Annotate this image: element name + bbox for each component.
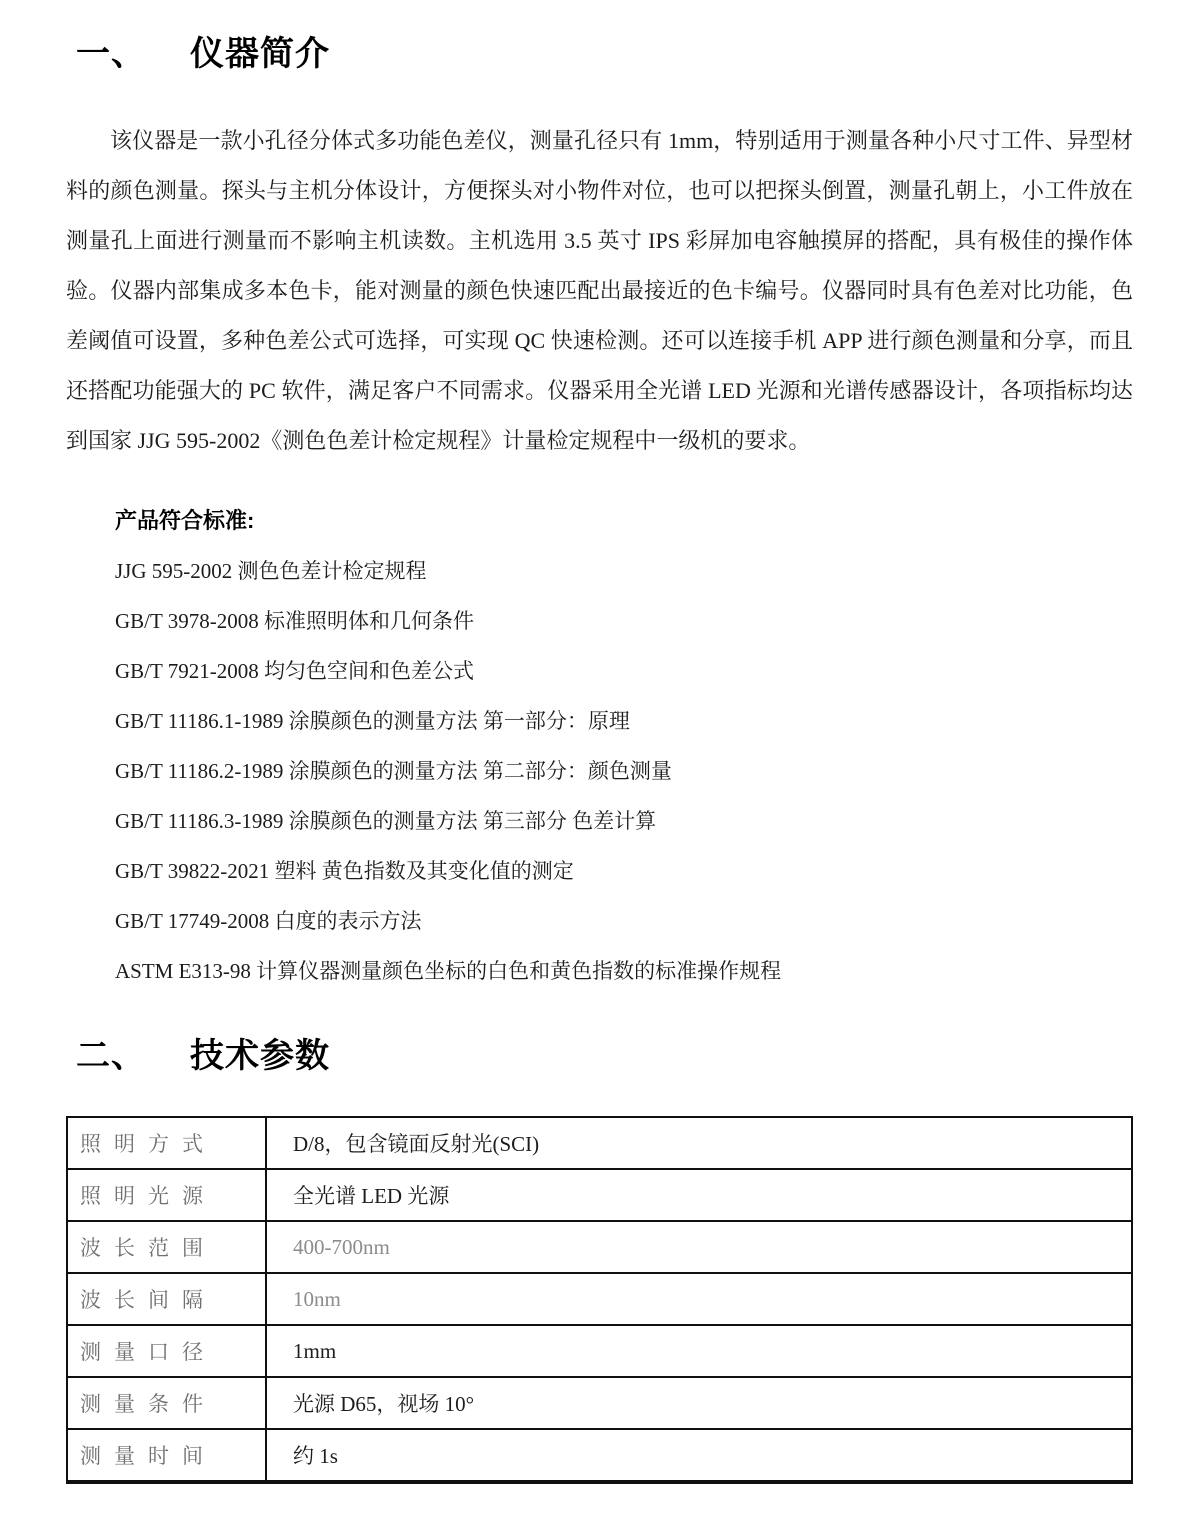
standard-item: JJG 595-2002 测色色差计检定规程 xyxy=(115,546,1133,596)
param-value: 1mm xyxy=(266,1325,1132,1377)
standard-item: GB/T 11186.2-1989 涂膜颜色的测量方法 第二部分：颜色测量 xyxy=(115,746,1133,796)
param-value: 约 1s xyxy=(266,1429,1132,1482)
standard-item: GB/T 11186.1-1989 涂膜颜色的测量方法 第一部分：原理 xyxy=(115,696,1133,746)
standard-item: ASTM E313-98 计算仪器测量颜色坐标的白色和黄色指数的标准操作规程 xyxy=(115,946,1133,996)
param-value: 400-700nm xyxy=(266,1221,1132,1273)
table-row: 波长范围 400-700nm xyxy=(67,1221,1132,1273)
table-row: 测量时间 约 1s xyxy=(67,1429,1132,1482)
table-row: 测量口径 1mm xyxy=(67,1325,1132,1377)
param-value: 全光谱 LED 光源 xyxy=(266,1169,1132,1221)
param-label: 波长范围 xyxy=(67,1221,266,1273)
intro-paragraph: 该仪器是一款小孔径分体式多功能色差仪，测量孔径只有 1mm，特别适用于测量各种小… xyxy=(66,116,1133,466)
param-value: 光源 D65，视场 10° xyxy=(266,1377,1132,1429)
table-row: 照明方式 D/8，包含镜面反射光(SCI) xyxy=(67,1117,1132,1169)
param-value: 10nm xyxy=(266,1273,1132,1325)
standards-title: 产品符合标准: xyxy=(115,496,1133,546)
standard-item: GB/T 11186.3-1989 涂膜颜色的测量方法 第三部分 色差计算 xyxy=(115,796,1133,846)
standard-item: GB/T 17749-2008 白度的表示方法 xyxy=(115,896,1133,946)
param-label: 照明光源 xyxy=(67,1169,266,1221)
table-row: 波长间隔 10nm xyxy=(67,1273,1132,1325)
standard-item: GB/T 39822-2021 塑料 黄色指数及其变化值的测定 xyxy=(115,846,1133,896)
param-label: 波长间隔 xyxy=(67,1273,266,1325)
standards-list: JJG 595-2002 测色色差计检定规程 GB/T 3978-2008 标准… xyxy=(115,546,1133,996)
param-label: 照明方式 xyxy=(67,1117,266,1169)
table-row: 测量条件 光源 D65，视场 10° xyxy=(67,1377,1132,1429)
technical-parameters-table: 照明方式 D/8，包含镜面反射光(SCI) 照明光源 全光谱 LED 光源 波长… xyxy=(66,1116,1133,1484)
param-label: 测量条件 xyxy=(67,1377,266,1429)
table-row: 照明光源 全光谱 LED 光源 xyxy=(67,1169,1132,1221)
section-1-title: 仪器简介 xyxy=(190,35,330,73)
section-2-heading: 二、技术参数 xyxy=(66,1032,1133,1080)
standard-item: GB/T 3978-2008 标准照明体和几何条件 xyxy=(115,596,1133,646)
param-value: D/8，包含镜面反射光(SCI) xyxy=(266,1117,1132,1169)
param-label: 测量时间 xyxy=(67,1429,266,1482)
section-2-title: 技术参数 xyxy=(190,1037,330,1075)
standards-section: 产品符合标准: JJG 595-2002 测色色差计检定规程 GB/T 3978… xyxy=(66,496,1133,996)
standard-item: GB/T 7921-2008 均匀色空间和色差公式 xyxy=(115,646,1133,696)
document-page: 一、仪器简介 该仪器是一款小孔径分体式多功能色差仪，测量孔径只有 1mm，特别适… xyxy=(0,0,1198,1484)
section-1-number: 一、 xyxy=(76,35,146,73)
section-1-heading: 一、仪器简介 xyxy=(66,0,1133,78)
section-2-number: 二、 xyxy=(76,1037,146,1075)
param-label: 测量口径 xyxy=(67,1325,266,1377)
